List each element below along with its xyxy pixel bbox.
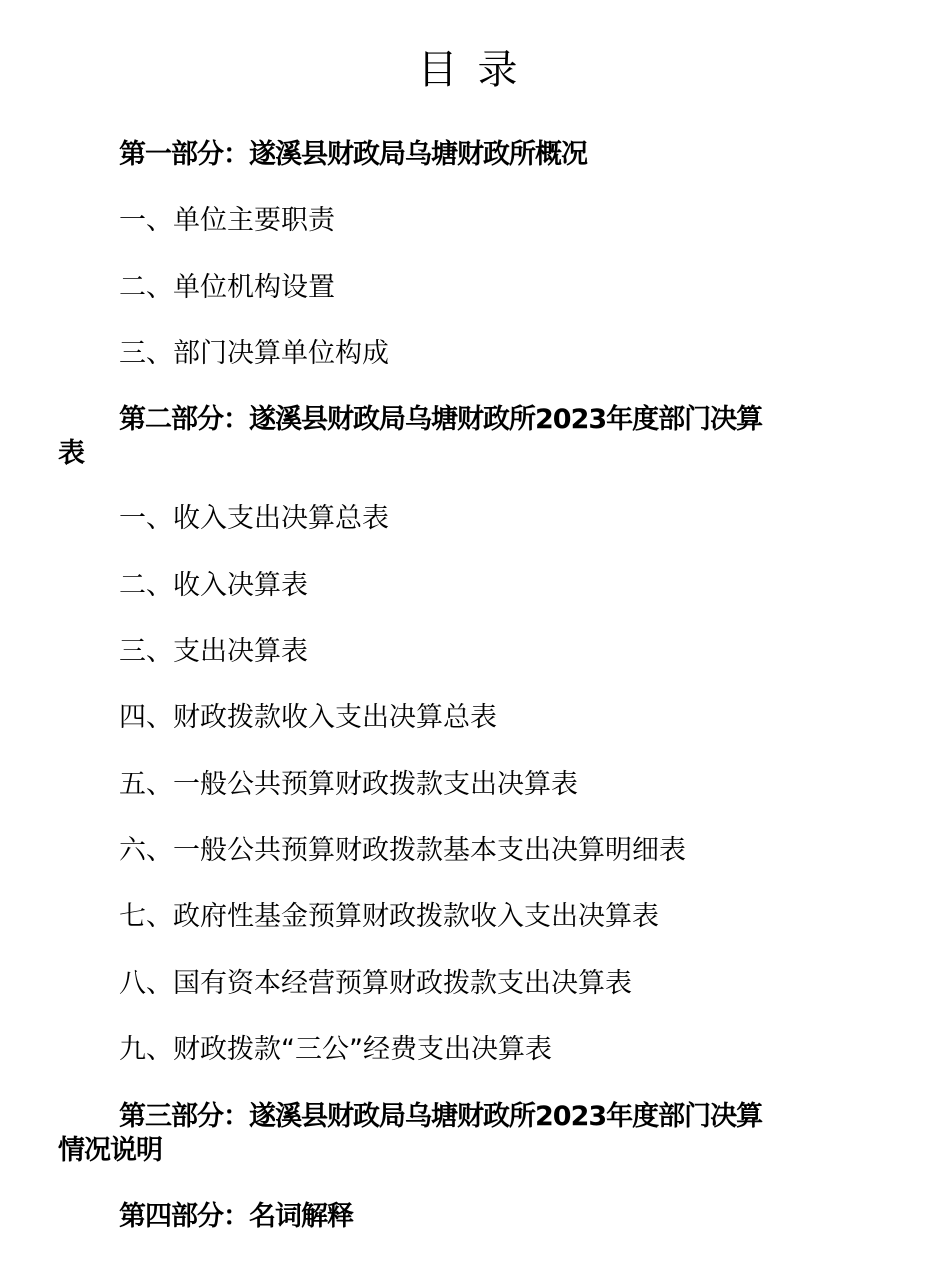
toc-item-2-6[interactable]: 六、一般公共预算财政拨款基本支出决算明细表 bbox=[58, 834, 858, 868]
toc-item-2-3[interactable]: 三、支出决算表 bbox=[58, 635, 858, 669]
toc-item-label: 七、政府性基金预算财政拨款收入支出决算表 bbox=[58, 901, 659, 932]
toc-part-1-label: 第一部分：遂溪县财政局乌塘财政所概况 bbox=[58, 139, 587, 170]
toc-item-label: 二、单位机构设置 bbox=[58, 272, 335, 303]
toc-part-3-label-line2: 情况说明 bbox=[58, 1134, 858, 1168]
toc-item-2-1[interactable]: 一、收入支出决算总表 bbox=[58, 502, 858, 536]
toc-item-label: 三、部门决算单位构成 bbox=[58, 338, 389, 369]
toc-item-label: 六、一般公共预算财政拨款基本支出决算明细表 bbox=[58, 835, 686, 866]
toc-part-2[interactable]: 第二部分：遂溪县财政局乌塘财政所2023年度部门决算 表 bbox=[58, 403, 858, 471]
toc-item-1-3[interactable]: 三、部门决算单位构成 bbox=[58, 337, 858, 371]
toc-item-label: 四、财政拨款收入支出决算总表 bbox=[58, 702, 497, 733]
toc-item-label: 一、收入支出决算总表 bbox=[58, 503, 389, 534]
toc-part-4[interactable]: 第四部分：名词解释 bbox=[58, 1200, 858, 1234]
toc-part-2-label-line1: 第二部分：遂溪县财政局乌塘财政所2023年度部门决算 bbox=[58, 403, 858, 437]
toc-item-label: 八、国有资本经营预算财政拨款支出决算表 bbox=[58, 968, 632, 999]
toc-part-4-label: 第四部分：名词解释 bbox=[58, 1201, 353, 1232]
toc-part-2-label-line2: 表 bbox=[58, 437, 858, 471]
toc-item-label: 九、财政拨款“三公”经费支出决算表 bbox=[58, 1034, 552, 1065]
toc-item-label: 三、支出决算表 bbox=[58, 636, 308, 667]
toc-part-3[interactable]: 第三部分：遂溪县财政局乌塘财政所2023年度部门决算 情况说明 bbox=[58, 1100, 858, 1168]
toc-item-2-7[interactable]: 七、政府性基金预算财政拨款收入支出决算表 bbox=[58, 900, 858, 934]
toc-item-1-1[interactable]: 一、单位主要职责 bbox=[58, 204, 858, 238]
toc-item-1-2[interactable]: 二、单位机构设置 bbox=[58, 271, 858, 305]
toc-item-label: 二、收入决算表 bbox=[58, 570, 308, 601]
toc-part-3-label-line1: 第三部分：遂溪县财政局乌塘财政所2023年度部门决算 bbox=[58, 1100, 858, 1134]
toc-item-2-9[interactable]: 九、财政拨款“三公”经费支出决算表 bbox=[58, 1033, 858, 1067]
toc-item-2-5[interactable]: 五、一般公共预算财政拨款支出决算表 bbox=[58, 768, 858, 802]
page-title: 目录 bbox=[0, 42, 945, 98]
toc-item-2-2[interactable]: 二、收入决算表 bbox=[58, 569, 858, 603]
toc-item-label: 一、单位主要职责 bbox=[58, 205, 335, 236]
toc-part-1[interactable]: 第一部分：遂溪县财政局乌塘财政所概况 bbox=[58, 138, 858, 172]
toc-item-2-4[interactable]: 四、财政拨款收入支出决算总表 bbox=[58, 701, 858, 735]
toc-item-2-8[interactable]: 八、国有资本经营预算财政拨款支出决算表 bbox=[58, 967, 858, 1001]
toc-item-label: 五、一般公共预算财政拨款支出决算表 bbox=[58, 769, 578, 800]
